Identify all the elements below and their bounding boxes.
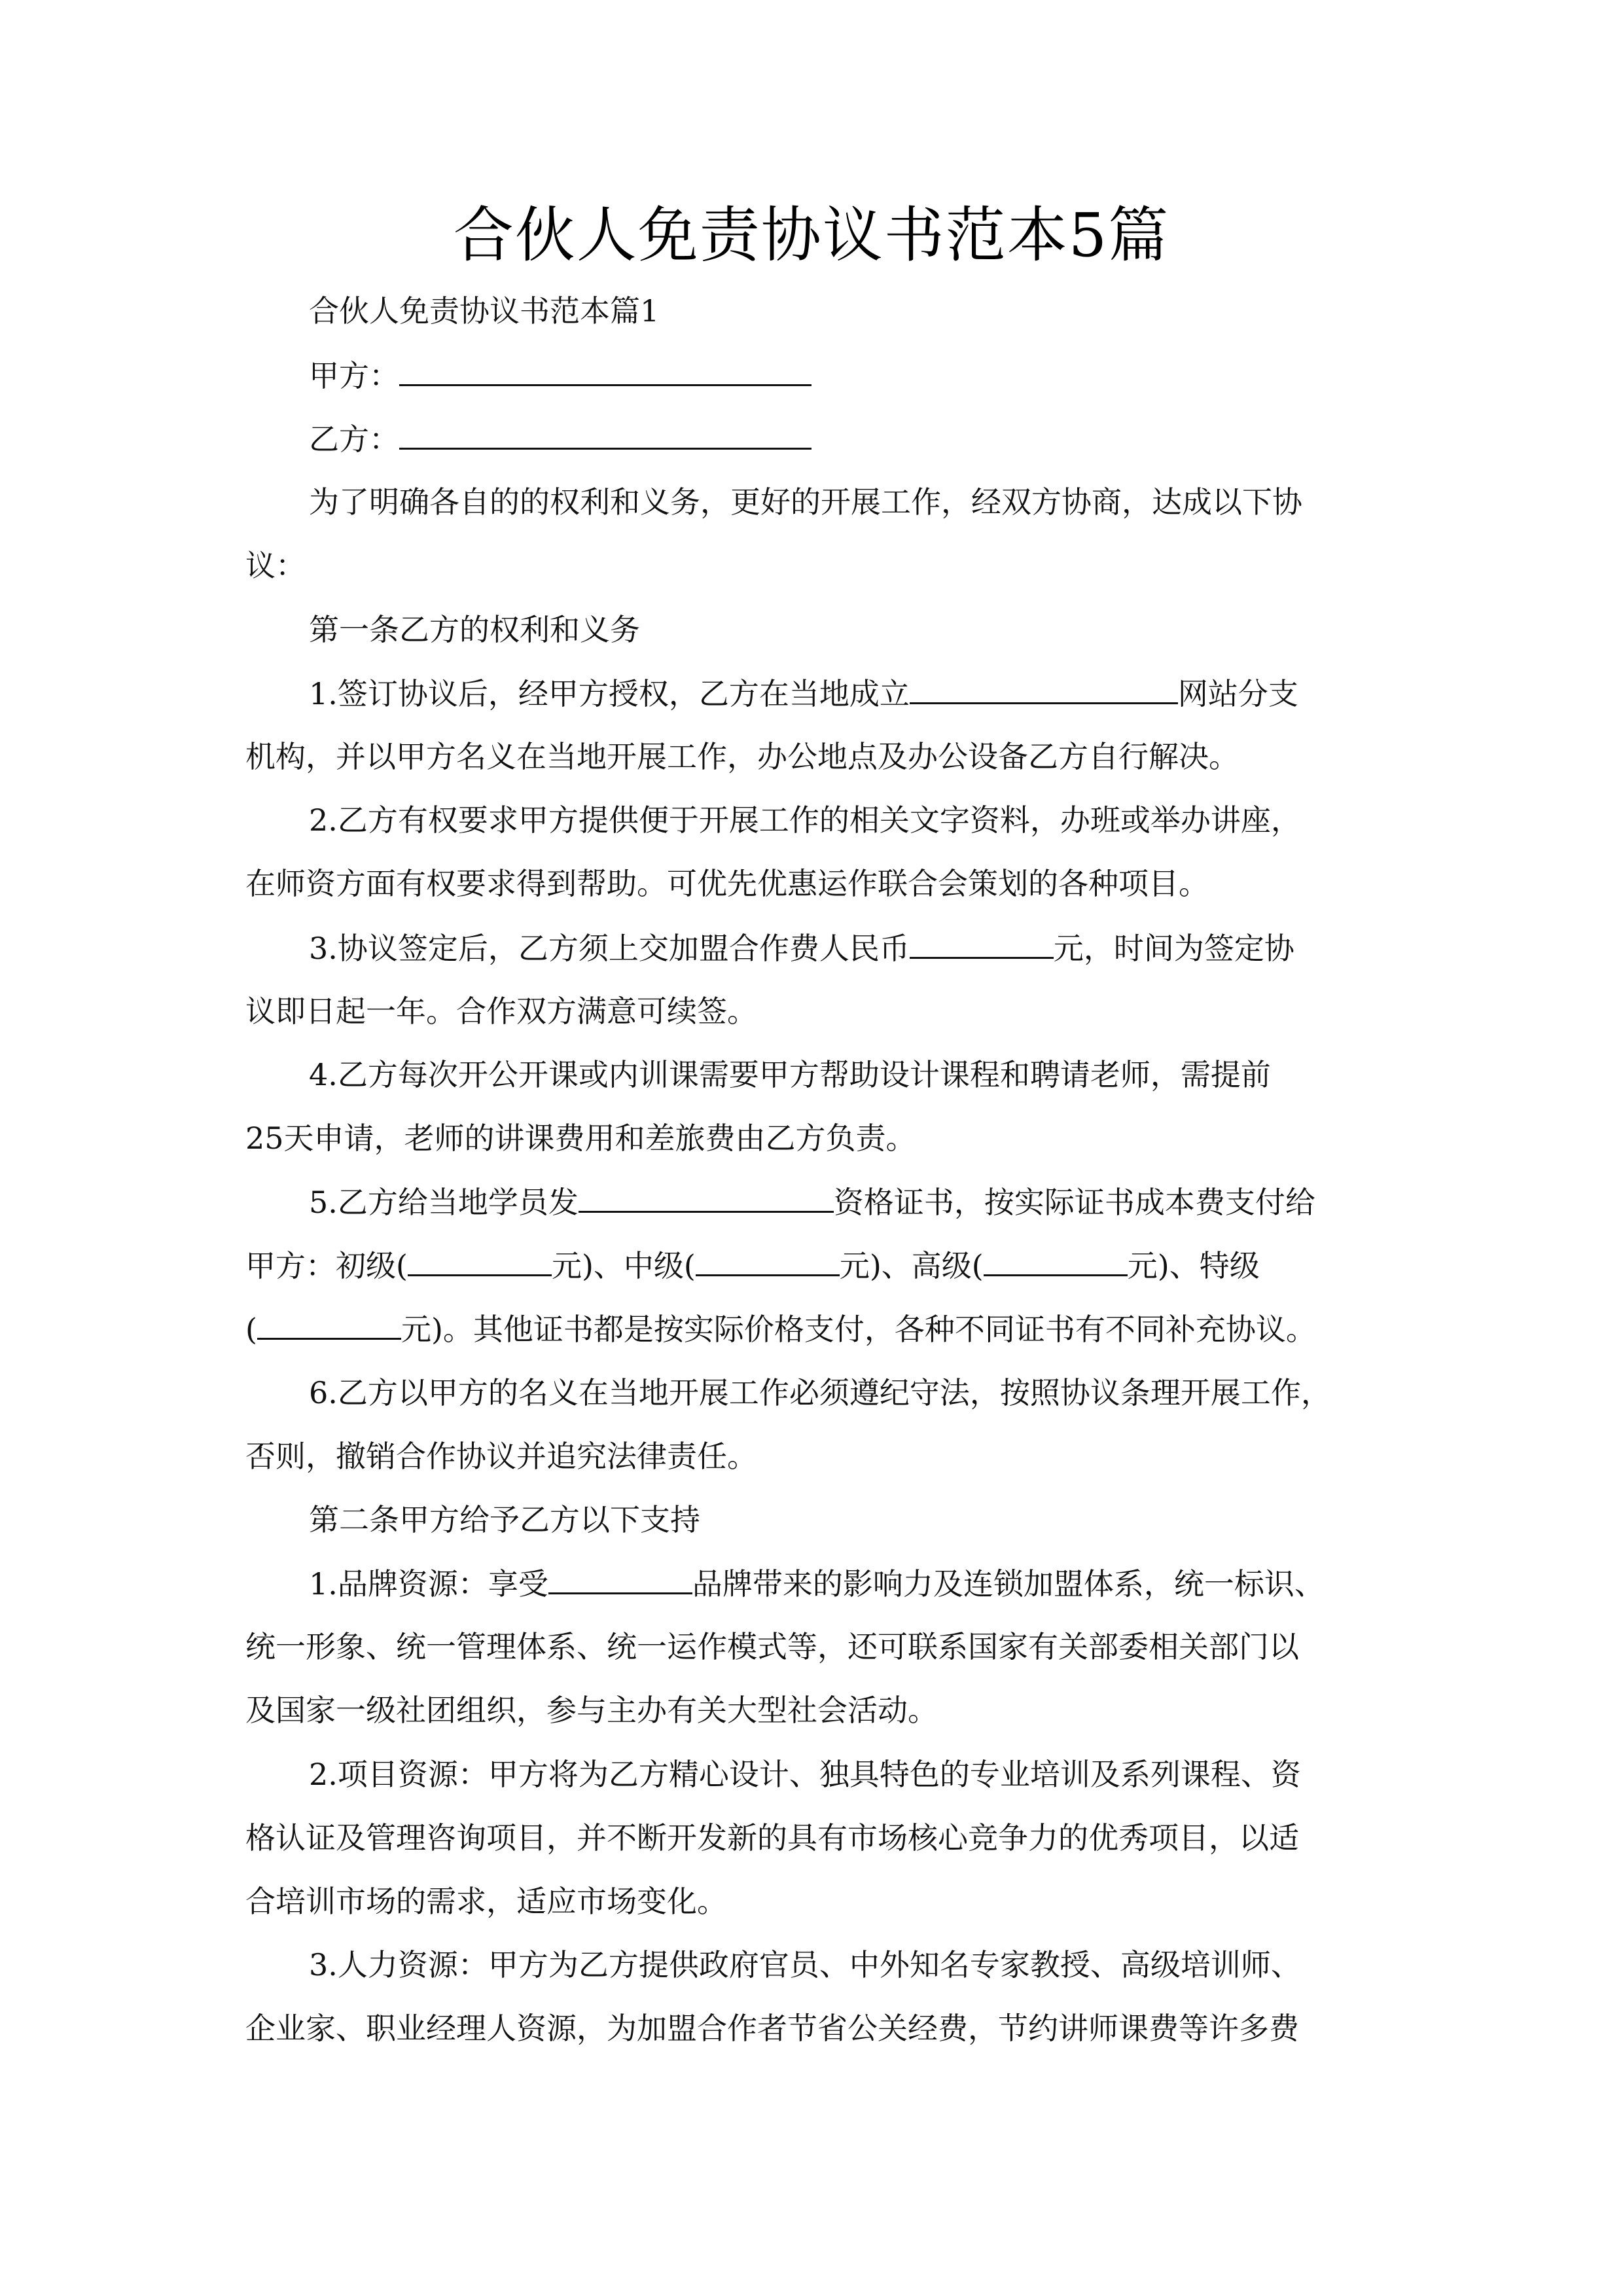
senior-level-label: 元)、高级( bbox=[840, 1248, 984, 1283]
a1-item5-line1: 5.乙方给当地学员发资格证书，按实际证书成本费支付给 bbox=[309, 1182, 1315, 1222]
party-b-label: 乙方： bbox=[309, 422, 399, 457]
special-fee-blank bbox=[257, 1309, 401, 1340]
intermediate-fee-blank bbox=[696, 1246, 840, 1276]
a2-item1-text-pre: 1.品牌资源：享受 bbox=[309, 1566, 548, 1602]
a2-item3-line1: 3.人力资源：甲方为乙方提供政府官员、中外知名专家教授、高级培训师、 bbox=[309, 1945, 1301, 1984]
a1-item1-line2: 机构，并以甲方名义在当地开展工作，办公地点及办公设备乙方自行解决。 bbox=[245, 737, 1239, 776]
a2-item1-line1: 1.品牌资源：享受品牌带来的影响力及连锁加盟体系，统一标识、 bbox=[309, 1564, 1325, 1604]
intro-paragraph-line1: 为了明确各自的的权利和义务，更好的开展工作，经双方协商，达成以下协 bbox=[309, 482, 1302, 522]
a1-item2-line2: 在师资方面有权要求得到帮助。可优先优惠运作联合会策划的各种项目。 bbox=[245, 864, 1209, 903]
a2-item2-line1: 2.项目资源：甲方将为乙方精心设计、独具特色的专业培训及系列课程、资 bbox=[309, 1755, 1301, 1794]
a2-item1-line3: 及国家一级社团组织，参与主办有关大型社会活动。 bbox=[245, 1691, 938, 1730]
intermediate-level-label: 元)、中级( bbox=[552, 1248, 696, 1283]
article1-heading: 第一条乙方的权利和义务 bbox=[309, 610, 640, 649]
a2-item1-line2: 统一形象、统一管理体系、统一运作模式等，还可联系国家有关部委相关部门以 bbox=[245, 1627, 1299, 1666]
junior-fee-blank bbox=[408, 1246, 552, 1276]
brand-name-blank bbox=[548, 1564, 692, 1594]
document-title: 合伙人免责协议书范本5篇 bbox=[0, 196, 1623, 275]
section-subtitle: 合伙人免责协议书范本篇1 bbox=[309, 291, 659, 331]
party-b-line: 乙方： bbox=[309, 419, 811, 459]
document-page: 合伙人免责协议书范本5篇 合伙人免责协议书范本篇1 甲方： 乙方： 为了明确各自… bbox=[0, 0, 1623, 2296]
intro-paragraph-line2: 议： bbox=[245, 546, 306, 585]
a1-item3-text-post: 元，时间为签定协 bbox=[1054, 931, 1294, 966]
junior-level-label: 甲方：初级( bbox=[245, 1248, 408, 1283]
party-b-blank bbox=[399, 419, 811, 450]
a1-item3-line1: 3.协议签定后，乙方须上交加盟合作费人民币元，时间为签定协 bbox=[309, 928, 1294, 968]
a2-item1-text-post: 品牌带来的影响力及连锁加盟体系，统一标识、 bbox=[692, 1566, 1325, 1602]
certificate-type-blank bbox=[579, 1182, 834, 1213]
a1-item2-line1: 2.乙方有权要求甲方提供便于开展工作的相关文字资料，办班或举办讲座， bbox=[309, 800, 1301, 840]
a1-item5-text-tail: 元)。其他证书都是按实际价格支付，各种不同证书有不同补充协议。 bbox=[401, 1312, 1316, 1347]
a1-item3-line2: 议即日起一年。合作双方满意可续签。 bbox=[245, 992, 757, 1031]
a1-item4-line1: 4.乙方每次开公开课或内训课需要甲方帮助设计课程和聘请老师，需提前 bbox=[309, 1055, 1271, 1094]
party-a-line: 甲方： bbox=[309, 355, 811, 395]
a1-item4-line2: 25天申请，老师的讲课费用和差旅费由乙方负责。 bbox=[245, 1119, 916, 1158]
party-a-label: 甲方： bbox=[309, 358, 399, 393]
a1-item1-text-pre: 1.签订协议后，经甲方授权，乙方在当地成立 bbox=[309, 676, 910, 711]
a1-item3-text-pre: 3.协议签定后，乙方须上交加盟合作费人民币 bbox=[309, 931, 910, 966]
a1-item5-text-pre: 5.乙方给当地学员发 bbox=[309, 1185, 579, 1220]
a1-item5-line2: 甲方：初级(元)、中级(元)、高级(元)、特级 bbox=[245, 1246, 1260, 1285]
a2-item2-line2: 格认证及管理咨询项目，并不断开发新的具有市场核心竞争力的优秀项目，以适 bbox=[245, 1818, 1299, 1857]
a1-item5-text-post: 资格证书，按实际证书成本费支付给 bbox=[834, 1185, 1315, 1220]
special-level-label: 元)、特级 bbox=[1128, 1248, 1260, 1283]
article2-heading: 第二条甲方给予乙方以下支持 bbox=[309, 1500, 700, 1539]
a1-item5-line3: (元)。其他证书都是按实际价格支付，各种不同证书有不同补充协议。 bbox=[245, 1309, 1316, 1349]
a1-item6-line1: 6.乙方以甲方的名义在当地开展工作必须遵纪守法，按照协议条理开展工作， bbox=[309, 1373, 1331, 1412]
a2-item2-line3: 合培训市场的需求，适应市场变化。 bbox=[245, 1882, 727, 1921]
branch-name-blank bbox=[910, 673, 1178, 704]
senior-fee-blank bbox=[984, 1246, 1128, 1276]
special-paren-open: ( bbox=[245, 1312, 257, 1347]
fee-amount-blank bbox=[910, 928, 1054, 959]
a1-item1-line1: 1.签订协议后，经甲方授权，乙方在当地成立网站分支 bbox=[309, 673, 1298, 713]
a2-item3-line2: 企业家、职业经理人资源，为加盟合作者节省公关经费，节约讲师课费等许多费 bbox=[245, 2009, 1299, 2048]
a1-item1-text-post: 网站分支 bbox=[1178, 676, 1298, 711]
party-a-blank bbox=[399, 355, 811, 386]
a1-item6-line2: 否则，撤销合作协议并追究法律责任。 bbox=[245, 1437, 757, 1476]
